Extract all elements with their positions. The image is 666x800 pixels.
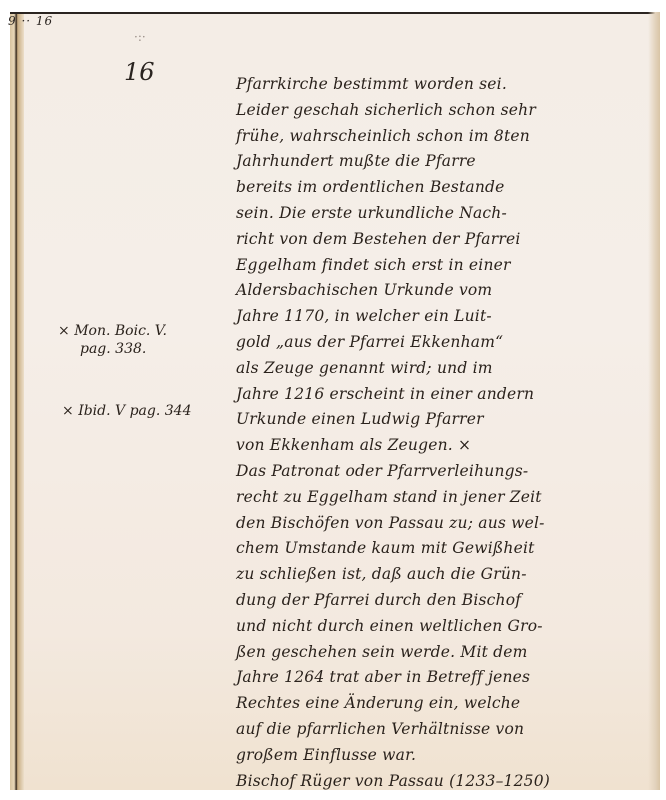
- text-line: ßen geschehen sein werde. Mit dem: [236, 640, 636, 666]
- book-spine: [10, 14, 24, 790]
- footnote-marker: ×: [62, 403, 74, 419]
- footnote-marker: ×: [58, 323, 70, 339]
- text-line: Pfarrkirche bestimmt worden sei.: [236, 72, 636, 98]
- text-line: Jahre 1264 trat aber in Betreff jenes: [236, 665, 636, 691]
- text-line: gold „aus der Pfarrei Ekkenham“: [236, 330, 636, 356]
- text-line: zu schließen ist, daß auch die Grün-: [236, 562, 636, 588]
- text-line: Jahrhundert mußte die Pfarre: [236, 149, 636, 175]
- text-line: als Zeuge genannt wird; und im: [236, 356, 636, 382]
- margin-note-text: Ibid. V pag. 344: [78, 403, 191, 419]
- text-line: Urkunde einen Ludwig Pfarrer: [236, 407, 636, 433]
- text-line: frühe, wahrscheinlich schon im 8ten: [236, 124, 636, 150]
- text-line: von Ekkenham als Zeugen. ×: [236, 433, 636, 459]
- margin-note-text: Mon. Boic. V.: [74, 323, 167, 339]
- text-line: und nicht durch einen weltlichen Gro-: [236, 614, 636, 640]
- text-line: großem Einflusse war.: [236, 743, 636, 769]
- text-line: sein. Die erste urkundliche Nach-: [236, 201, 636, 227]
- text-line: Das Patronat oder Pfarrverleihungs-: [236, 459, 636, 485]
- handwritten-body: Pfarrkirche bestimmt worden sei. Leider …: [236, 72, 636, 794]
- text-line: Jahre 1216 erscheint in einer andern: [236, 382, 636, 408]
- text-line: den Bischöfen von Passau zu; aus wel-: [236, 511, 636, 537]
- text-line: Rechtes eine Änderung ein, welche: [236, 691, 636, 717]
- text-line: Jahre 1170, in welcher ein Luit-: [236, 304, 636, 330]
- text-line: dung der Pfarrei durch den Bischof: [236, 588, 636, 614]
- text-line: richt von dem Bestehen der Pfarrei: [236, 227, 636, 253]
- margin-note-1: × Mon. Boic. V. pag. 338.: [58, 322, 167, 358]
- ink-stamp: ·:·: [134, 30, 146, 44]
- text-line: Eggelham findet sich erst in einer: [236, 253, 636, 279]
- text-line: Aldersbachischen Urkunde vom: [236, 278, 636, 304]
- text-line: auf die pfarrlichen Verhältnisse von: [236, 717, 636, 743]
- page-number: 16: [124, 58, 155, 86]
- margin-note-text: pag. 338.: [58, 340, 167, 358]
- text-line: Leider geschah sicherlich schon sehr: [236, 98, 636, 124]
- margin-note-2: × Ibid. V pag. 344: [62, 402, 191, 420]
- text-line: chem Umstande kaum mit Gewißheit: [236, 536, 636, 562]
- corner-label: 9 ·· 16: [8, 14, 53, 28]
- text-line: bereits im ordentlichen Bestande: [236, 175, 636, 201]
- text-line: Bischof Rüger von Passau (1233–1250): [236, 769, 636, 795]
- text-line: recht zu Eggelham stand in jener Zeit: [236, 485, 636, 511]
